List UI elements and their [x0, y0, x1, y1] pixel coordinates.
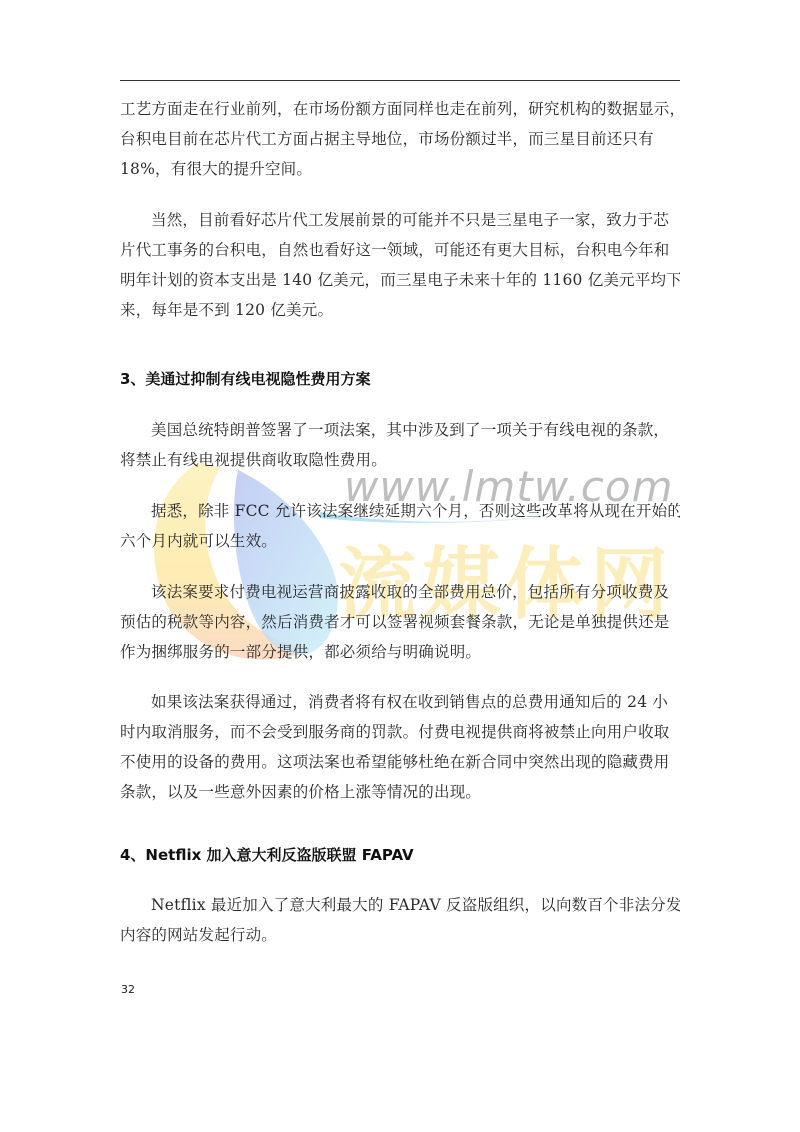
- text-line: 来，每年是不到 120 亿美元。: [120, 295, 680, 325]
- text-line: 该法案要求付费电视运营商披露收取的全部费用总价，包括所有分项收费及: [120, 577, 680, 607]
- text-line: 据悉，除非 FCC 允许该法案继续延期六个月，否则这些改革将从现在开始的: [120, 496, 680, 526]
- text-line: 作为捆绑服务的一部分提供，都必须给与明确说明。: [120, 637, 680, 667]
- section-heading-4: 4、Netflix 加入意大利反盗版联盟 FAPAV: [120, 843, 680, 867]
- text-line: 明年计划的资本支出是 140 亿美元，而三星电子未来十年的 1160 亿美元平均…: [120, 265, 680, 295]
- paragraph-foundry: 当然，目前看好芯片代工发展前景的可能并不只是三星电子一家，致力于芯 片代工事务的…: [120, 205, 680, 325]
- text-line: Netflix 最近加入了意大利最大的 FAPAV 反盗版组织，以向数百个非法分…: [120, 890, 680, 920]
- paragraph-s3p3: 该法案要求付费电视运营商披露收取的全部费用总价，包括所有分项收费及 预估的税款等…: [120, 577, 680, 667]
- text-line: 将禁止有线电视提供商收取隐性费用。: [120, 445, 680, 475]
- paragraph-continuation: 工艺方面走在行业前列，在市场份额方面同样也走在前列，研究机构的数据显示， 台积电…: [120, 94, 680, 184]
- section-heading-3: 3、美通过抑制有线电视隐性费用方案: [120, 367, 680, 391]
- text-line: 美国总统特朗普签署了一项法案，其中涉及到了一项关于有线电视的条款，: [120, 415, 680, 445]
- paragraph-s3p1: 美国总统特朗普签署了一项法案，其中涉及到了一项关于有线电视的条款， 将禁止有线电…: [120, 415, 680, 475]
- text-line: 不使用的设备的费用。这项法案也希望能够杜绝在新合同中突然出现的隐藏费用: [120, 747, 680, 777]
- header-rule: [120, 80, 680, 81]
- text-line: 当然，目前看好芯片代工发展前景的可能并不只是三星电子一家，致力于芯: [120, 205, 680, 235]
- text-line: 内容的网站发起行动。: [120, 920, 680, 950]
- text-line: 预估的税款等内容，然后消费者才可以签署视频套餐条款，无论是单独提供还是: [120, 607, 680, 637]
- page-number: 32: [121, 983, 135, 996]
- text-line: 六个月内就可以生效。: [120, 526, 680, 556]
- document-page: www.lmtw.com 流媒体网 工艺方面走在行业前列，在市场份额方面同样也走…: [0, 0, 800, 1132]
- text-line: 台积电目前在芯片代工方面占据主导地位，市场份额过半，而三星目前还只有: [120, 124, 680, 154]
- text-line: 工艺方面走在行业前列，在市场份额方面同样也走在前列，研究机构的数据显示，: [120, 94, 680, 124]
- paragraph-s3p4: 如果该法案获得通过，消费者将有权在收到销售点的总费用通知后的 24 小 时内取消…: [120, 687, 680, 807]
- text-line: 时内取消服务，而不会受到服务商的罚款。付费电视提供商将被禁止向用户收取: [120, 717, 680, 747]
- text-line: 如果该法案获得通过，消费者将有权在收到销售点的总费用通知后的 24 小: [120, 687, 680, 717]
- text-line: 条款，以及一些意外因素的价格上涨等情况的出现。: [120, 777, 680, 807]
- paragraph-s3p2: 据悉，除非 FCC 允许该法案继续延期六个月，否则这些改革将从现在开始的 六个月…: [120, 496, 680, 556]
- text-line: 18%，有很大的提升空间。: [120, 154, 680, 184]
- text-line: 片代工事务的台积电，自然也看好这一领域，可能还有更大目标，台积电今年和: [120, 235, 680, 265]
- paragraph-s4p1: Netflix 最近加入了意大利最大的 FAPAV 反盗版组织，以向数百个非法分…: [120, 890, 680, 950]
